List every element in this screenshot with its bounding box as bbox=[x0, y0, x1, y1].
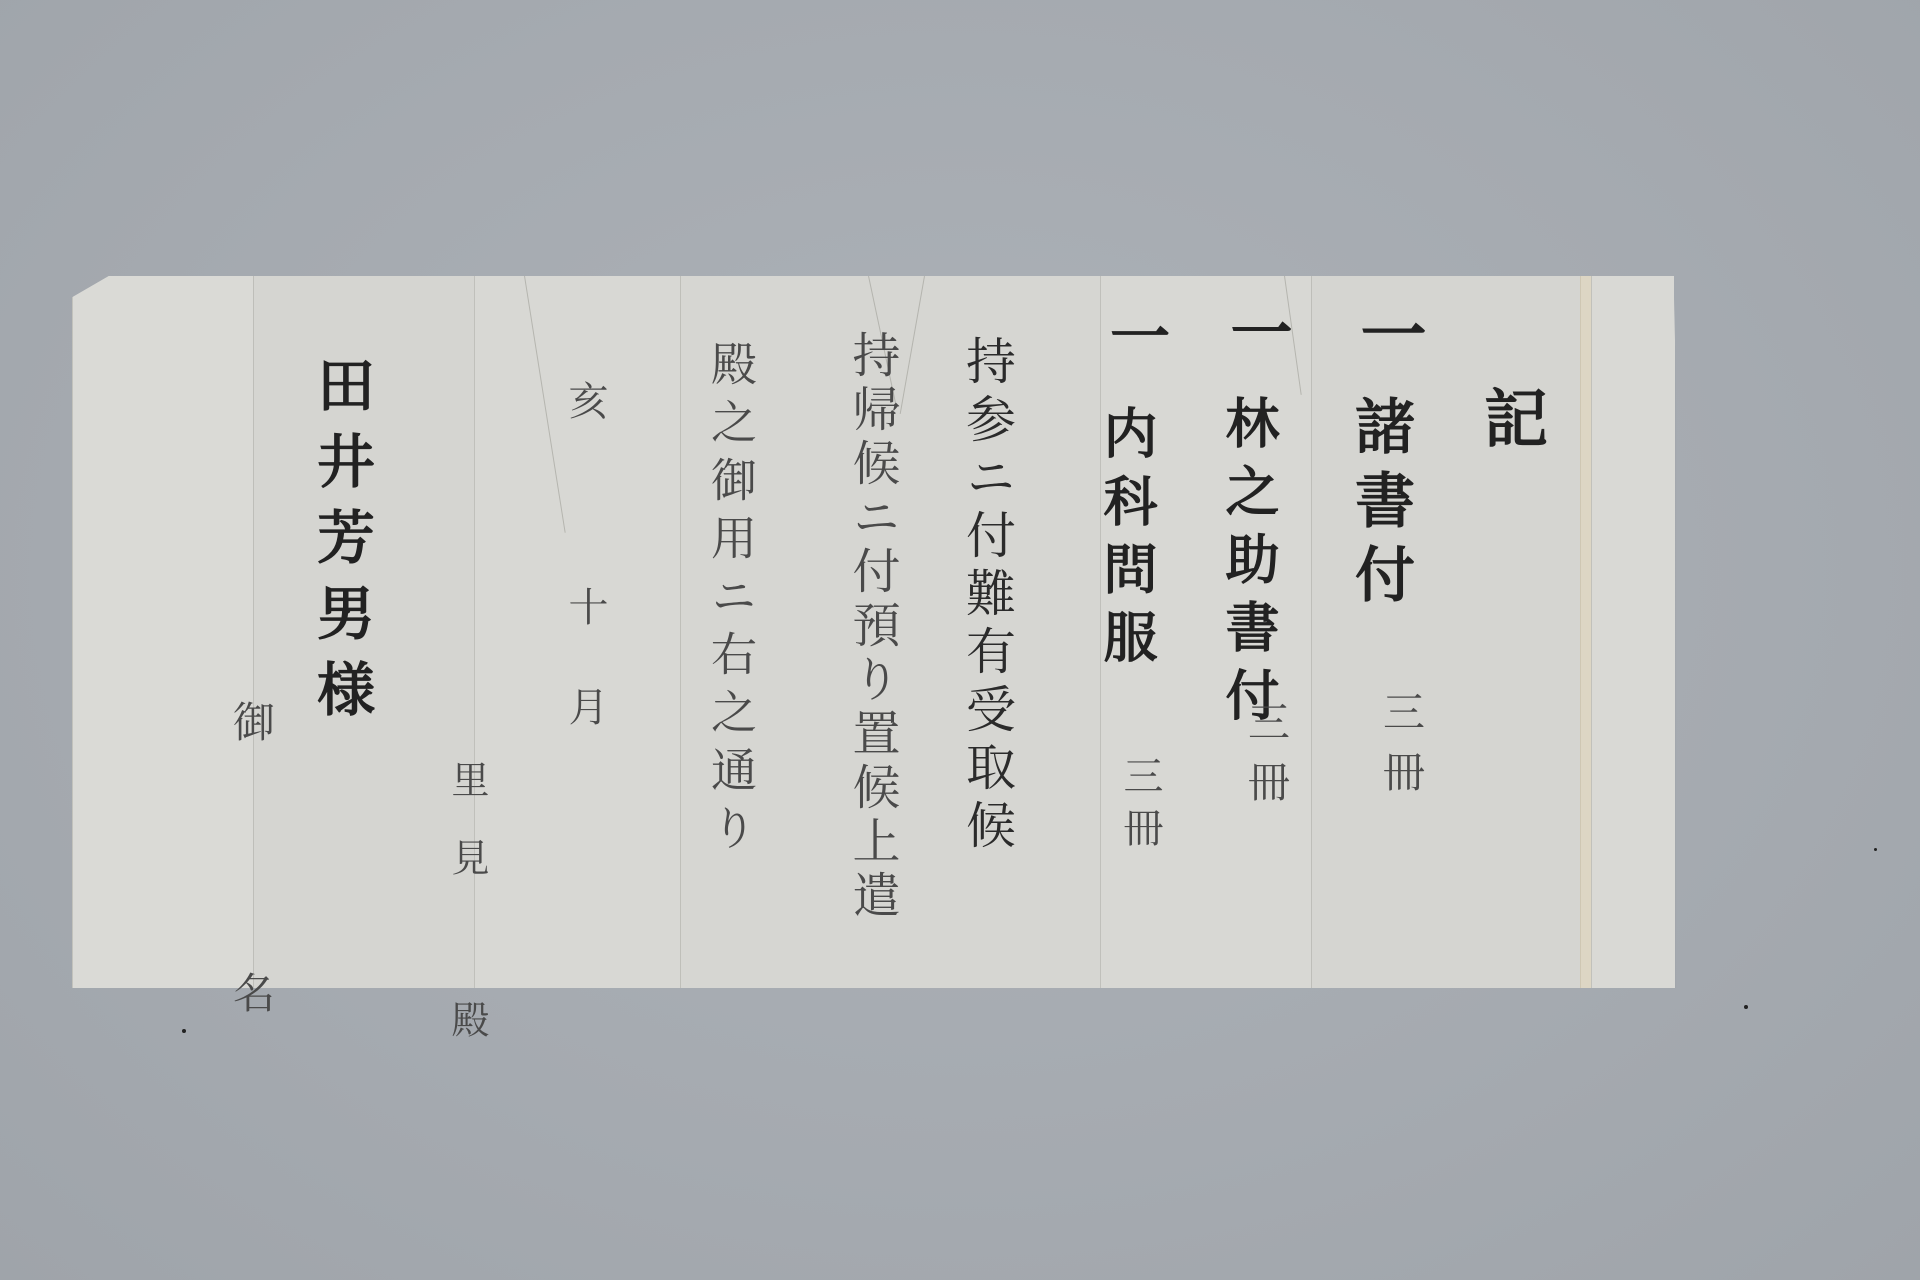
item-text: 内科問服 bbox=[1100, 405, 1154, 677]
addressee-note: 里見 殿 bbox=[448, 760, 486, 1078]
dust-speck bbox=[182, 1029, 186, 1033]
date-line: 亥 十月 bbox=[565, 380, 605, 786]
item-quantity: 三冊 bbox=[1120, 755, 1160, 859]
dust-speck bbox=[1874, 848, 1877, 851]
recipient-name: 田井芳男様 bbox=[312, 355, 370, 735]
body-line: 殿之御用ニ右之通り bbox=[708, 340, 754, 862]
item-text: 諸書付 bbox=[1350, 395, 1410, 617]
body-line: 持帰候ニ付預り置候上遣 bbox=[848, 330, 896, 924]
item-quantity: 三冊 bbox=[1245, 700, 1287, 820]
fold-panel bbox=[1311, 276, 1585, 988]
item-quantity: 三冊 bbox=[1380, 690, 1422, 810]
dust-speck bbox=[1744, 1005, 1748, 1009]
item-marker: 一 bbox=[1355, 300, 1421, 372]
fold-panel bbox=[1591, 276, 1675, 988]
item-text: 林之助書付 bbox=[1222, 395, 1276, 735]
body-line: 持参ニ付難有受取候 bbox=[962, 335, 1012, 857]
item-marker: 一 bbox=[1225, 300, 1287, 368]
heading-ki: 記 bbox=[1478, 385, 1542, 455]
document-photo: 記 一 諸書付 三冊 一 林之助書付 三冊 一 内科問服 三冊 持参ニ付難有受取… bbox=[0, 0, 1920, 1280]
item-marker: 一 bbox=[1105, 305, 1165, 371]
sender-signature: 御 名 bbox=[230, 700, 272, 1103]
